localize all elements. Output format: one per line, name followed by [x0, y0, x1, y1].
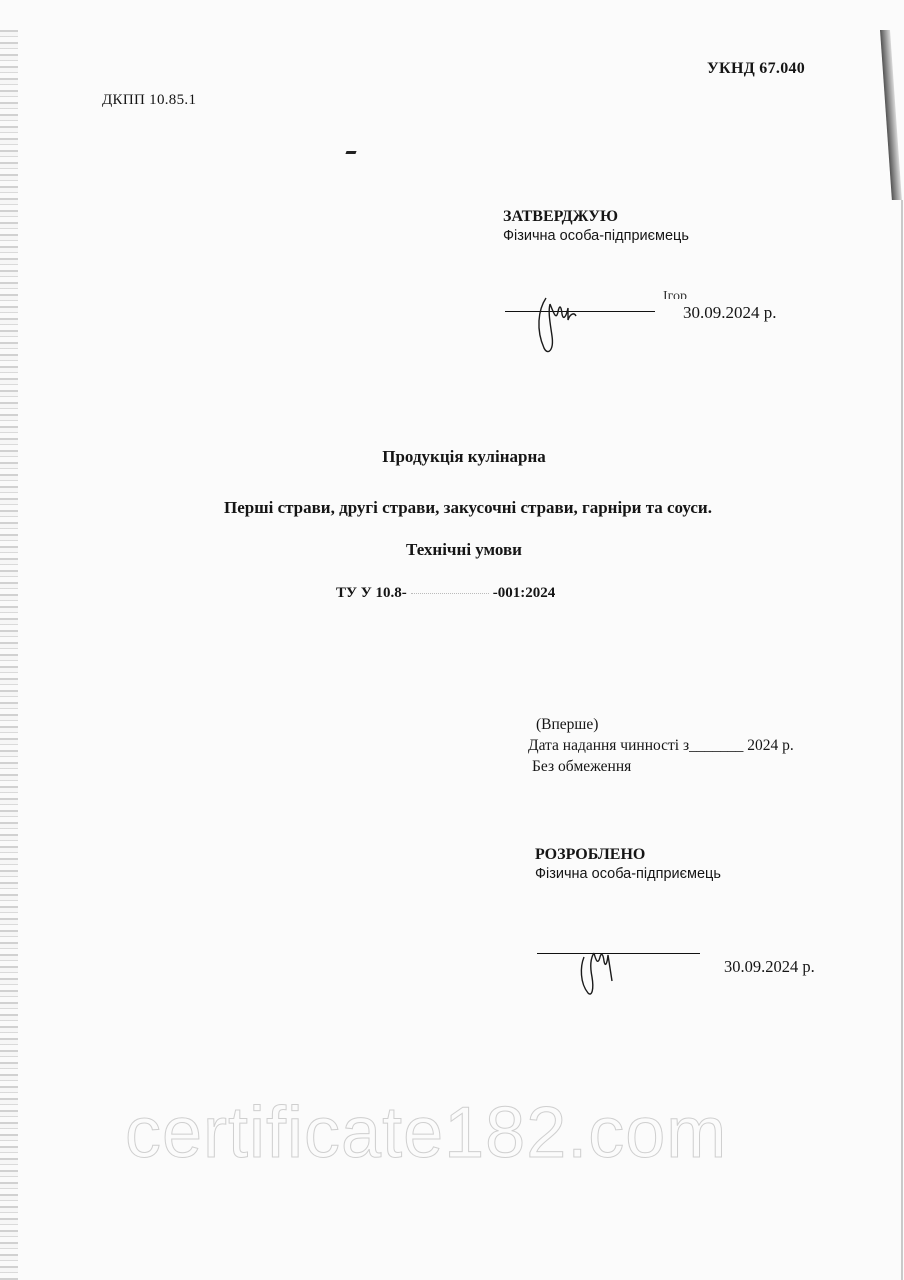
approval-title: ЗАТВЕРДЖУЮ: [503, 207, 689, 227]
approval-name-clipped: [503, 245, 689, 251]
scan-edge-right: [880, 30, 902, 200]
validity-block: (Вперше) Дата надання чинності з_______ …: [528, 714, 794, 777]
approval-role: Фізична особа-підприємець: [503, 227, 689, 245]
product-title: Продукція кулінарна: [12, 447, 904, 467]
developer-block: РОЗРОБЛЕНО Фізична особа-підприємець: [535, 845, 721, 883]
document-page: ДКПП 10.85.1 УКНД 67.040 ЗАТВЕРДЖУЮ Фізи…: [0, 0, 904, 1280]
developer-signature-icon: [570, 945, 630, 1005]
approval-date: 30.09.2024 р.: [683, 303, 777, 323]
product-subtitle: Перші страви, другі страви, закусочні ст…: [16, 498, 904, 518]
developer-role: Фізична особа-підприємець: [535, 865, 721, 883]
spec-code: ТУ У 10.8--001:2024: [336, 585, 555, 602]
scan-speck: [345, 151, 356, 154]
developer-date: 30.09.2024 р.: [724, 957, 815, 977]
spec-code-suffix: -001:2024: [493, 585, 556, 601]
approval-name-partial: Ігор: [663, 288, 687, 299]
effective-date: Дата надання чинності з_______ 2024 р.: [528, 735, 794, 756]
developer-title: РОЗРОБЛЕНО: [535, 845, 721, 865]
approval-signature-icon: [528, 290, 588, 360]
scan-edge-right-line: [901, 200, 903, 1280]
document-type: Технічні умови: [12, 540, 904, 560]
watermark: certificate182.com: [125, 1092, 727, 1174]
first-issue: (Вперше): [528, 714, 794, 735]
approval-block: ЗАТВЕРДЖУЮ Фізична особа-підприємець: [503, 207, 689, 251]
scan-edge-left: [0, 30, 18, 1280]
spec-code-prefix: ТУ У 10.8-: [336, 585, 407, 601]
dkpp-code: ДКПП 10.85.1: [102, 92, 196, 109]
validity-term: Без обмеження: [528, 756, 794, 777]
uknd-code: УКНД 67.040: [707, 60, 805, 78]
spec-code-redacted: [411, 593, 489, 594]
